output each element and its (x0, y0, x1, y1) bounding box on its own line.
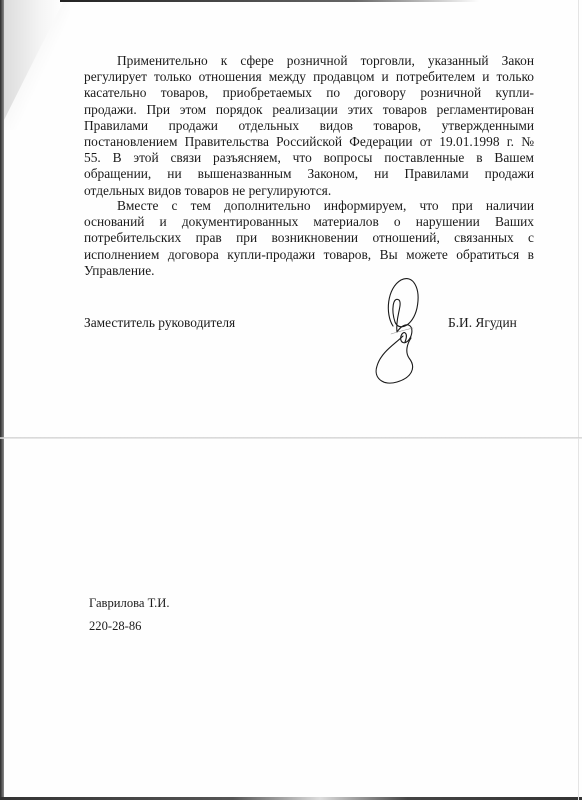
executor-name: Гаврилова Т.И. (89, 592, 169, 615)
paper-fold-line (0, 437, 582, 439)
text-line: касательно товаров, приобретаемых по дог… (84, 85, 534, 101)
executor-block: Гаврилова Т.И. 220-28-86 (89, 592, 169, 638)
text-line: потребительских прав при возникновении о… (84, 230, 534, 246)
text-line: Управление. (84, 263, 534, 279)
handwritten-signature-icon (355, 274, 435, 394)
executor-phone: 220-28-86 (89, 615, 169, 638)
text-line: Правилами продажи отдельных видов товаро… (84, 118, 534, 134)
text-line: обращении, ни вышеназванным Законом, ни … (84, 166, 534, 182)
scan-left-edge (0, 0, 4, 800)
text-line: Вместе с тем дополнительно информируем, … (84, 198, 534, 214)
text-line: 55. В этой связи разъясняем, что вопросы… (84, 150, 534, 166)
signatory-name: Б.И. Ягудин (448, 315, 517, 331)
text-line: продажи. При этом порядок реализации эти… (84, 102, 534, 118)
text-line: оснований и документированных материалов… (84, 214, 534, 230)
text-line: постановлением Правительства Российской … (84, 134, 534, 150)
text-line: отдельных видов товаров не регулируются. (84, 183, 534, 199)
paragraph-1: Применительно к сфере розничной торговли… (84, 53, 534, 199)
text-line: исполнением договора купли-продажи товар… (84, 247, 534, 263)
text-line: регулирует только отношения между продав… (84, 69, 534, 85)
text-line: Применительно к сфере розничной торговли… (84, 53, 534, 69)
signatory-position: Заместитель руководителя (84, 315, 235, 331)
scan-top-edge (60, 0, 480, 2)
paragraph-2: Вместе с тем дополнительно информируем, … (84, 198, 534, 279)
scan-right-edge (578, 0, 579, 800)
scanned-page: Применительно к сфере розничной торговли… (0, 0, 582, 800)
